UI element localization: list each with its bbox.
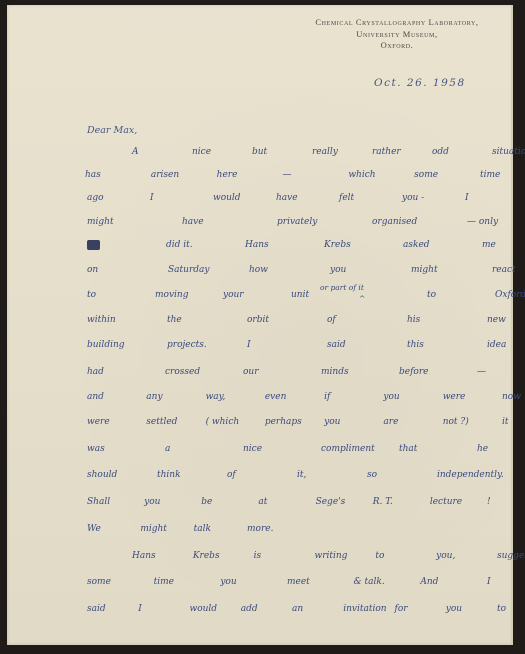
handwritten-word: to <box>375 551 384 561</box>
handwritten-word: said <box>87 604 106 614</box>
handwritten-word: We <box>87 524 101 534</box>
handwritten-word: privately <box>277 217 317 227</box>
handwritten-word: his <box>407 315 420 325</box>
letter-page: Chemical Crystallography Laboratory, Uni… <box>7 5 513 645</box>
handwritten-word: I <box>465 193 469 203</box>
handwritten-word: before <box>399 367 428 377</box>
handwritten-word: & talk. <box>354 577 385 587</box>
handwritten-word: Saturday <box>168 265 209 275</box>
handwritten-word: moving <box>155 290 188 300</box>
handwritten-word: Krebs <box>324 240 351 250</box>
handwritten-word: to <box>427 290 436 300</box>
handwritten-word: you <box>330 265 346 275</box>
handwritten-word: compliment <box>321 444 375 454</box>
handwritten-word: me <box>482 240 496 250</box>
handwritten-word: Hans <box>245 240 269 250</box>
handwritten-word: to <box>87 290 96 300</box>
handwritten-word: were <box>443 392 466 402</box>
handwritten-word: said <box>327 340 346 350</box>
handwritten-word: you <box>324 417 340 427</box>
handwritten-word: settled <box>146 417 177 427</box>
handwritten-word: think <box>157 470 181 480</box>
handwritten-word: nice <box>243 444 262 454</box>
handwritten-word: arisen <box>151 170 179 180</box>
handwritten-word: orbit <box>247 315 269 325</box>
handwritten-word: of <box>227 470 236 480</box>
handwritten-line: saidIwouldaddaninvitationforyouto <box>7 604 513 620</box>
handwritten-word: nice <box>192 147 211 157</box>
handwritten-word: add <box>241 604 258 614</box>
handwritten-word: Sege's <box>316 497 346 507</box>
handwritten-word: an <box>292 604 303 614</box>
handwritten-word: suggesting <box>497 551 525 561</box>
handwritten-word: should <box>87 470 117 480</box>
handwritten-word: rather <box>372 147 401 157</box>
handwritten-line: onSaturdayhowyoumightreact <box>7 265 513 281</box>
letterhead-line-3: Oxford. <box>277 40 517 52</box>
handwritten-word: I <box>150 193 154 203</box>
handwritten-word: how <box>249 265 268 275</box>
handwritten-line: agoIwouldhavefeltyou -I <box>7 193 513 209</box>
handwritten-word: And <box>420 577 438 587</box>
handwritten-line: HansKrebsiswritingtoyou,suggesting <box>7 551 513 567</box>
handwritten-word: our <box>243 367 259 377</box>
handwritten-word: I <box>487 577 491 587</box>
handwritten-word: you, <box>436 551 455 561</box>
handwritten-word: not ?) <box>443 417 469 427</box>
handwritten-line: tomovingyourunit^toOxford <box>7 290 513 306</box>
handwritten-word: your <box>223 290 244 300</box>
handwritten-word: here <box>217 170 238 180</box>
handwritten-word: has <box>85 170 101 180</box>
handwritten-word: even <box>265 392 287 402</box>
handwritten-word: the <box>167 315 182 325</box>
handwritten-word: within <box>87 315 116 325</box>
handwritten-line: Anicebutreallyratheroddsituation <box>7 147 513 163</box>
letterhead-line-2: University Museum, <box>277 29 517 41</box>
handwritten-word: have <box>276 193 298 203</box>
handwritten-line: wasanicecomplimentthathe <box>7 444 513 460</box>
handwritten-line: hasarisenhere—whichsometime <box>7 170 513 186</box>
handwritten-word: might <box>411 265 438 275</box>
handwritten-word: any <box>146 392 162 402</box>
handwritten-word: organised <box>372 217 417 227</box>
handwritten-word: crossed <box>165 367 200 377</box>
handwritten-word: might <box>87 217 114 227</box>
handwritten-word: odd <box>432 147 449 157</box>
handwritten-word: Oxford <box>495 290 525 300</box>
salutation: Dear Max, <box>87 125 137 136</box>
handwritten-word: that <box>399 444 417 454</box>
handwritten-word: to <box>497 604 506 614</box>
handwritten-word: time <box>154 577 174 587</box>
handwritten-word: ^ <box>359 294 365 303</box>
handwritten-word: new <box>487 315 506 325</box>
handwritten-word: A <box>132 147 139 157</box>
handwritten-word: had <box>87 367 104 377</box>
handwritten-line: hadcrossedourmindsbefore— <box>7 367 513 383</box>
handwritten-word: some <box>87 577 111 587</box>
handwritten-word: and <box>87 392 104 402</box>
handwritten-line: wedid it.HansKrebsaskedme <box>7 240 513 256</box>
struck-out-word: we <box>87 240 100 250</box>
handwritten-line: buildingprojects.Isaidthisidea <box>7 340 513 356</box>
handwritten-word: building <box>87 340 125 350</box>
handwritten-word: talk <box>194 524 211 534</box>
handwritten-word: this <box>407 340 424 350</box>
handwritten-word: if <box>324 392 330 402</box>
handwritten-word: now <box>502 392 521 402</box>
letter-date: Oct. 26. 1958 <box>374 77 466 89</box>
handwritten-line: sometimeyoumeet& talk.AndI <box>7 577 513 593</box>
handwritten-word: be <box>201 497 212 507</box>
handwritten-word: — <box>283 170 292 180</box>
handwritten-word: it <box>502 417 509 427</box>
handwritten-word: you <box>220 577 236 587</box>
handwritten-word: — only <box>467 217 498 227</box>
handwritten-word: were <box>87 417 110 427</box>
handwritten-word: you - <box>402 193 424 203</box>
handwritten-line: ShallyoubeatSege'sR. T.lecture! <box>7 497 513 513</box>
handwritten-word: I <box>247 340 251 350</box>
handwritten-word: so <box>367 470 377 480</box>
handwritten-word: might <box>140 524 167 534</box>
handwritten-word: independently. <box>437 470 504 480</box>
handwritten-word: some <box>414 170 438 180</box>
handwritten-line: Wemighttalkmore. <box>7 524 513 540</box>
handwritten-word: minds <box>321 367 349 377</box>
handwritten-word: invitation <box>343 604 386 614</box>
handwritten-word: he <box>477 444 488 454</box>
handwritten-word: have <box>182 217 204 227</box>
handwritten-word: would <box>213 193 241 203</box>
handwritten-word: on <box>87 265 98 275</box>
handwritten-word: for <box>395 604 408 614</box>
handwritten-word: way, <box>206 392 226 402</box>
handwritten-word: meet <box>287 577 310 587</box>
handwritten-word: Shall <box>87 497 110 507</box>
handwritten-word: ! <box>487 497 491 507</box>
handwritten-word: more. <box>247 524 273 534</box>
handwritten-word: idea <box>487 340 506 350</box>
handwritten-word: you <box>383 392 399 402</box>
handwritten-word: of <box>327 315 336 325</box>
letterhead-line-1: Chemical Crystallography Laboratory, <box>277 17 517 29</box>
handwritten-word: time <box>480 170 500 180</box>
handwritten-line: weresettled( whichperhapsyouarenot ?)it <box>7 417 513 433</box>
handwritten-word: ago <box>87 193 104 203</box>
handwritten-word: Hans <box>132 551 156 561</box>
handwritten-word: situation <box>492 147 525 157</box>
handwritten-word: writing <box>315 551 348 561</box>
handwritten-line: mighthaveprivatelyorganised— only <box>7 217 513 233</box>
scan-background: Chemical Crystallography Laboratory, Uni… <box>0 0 525 654</box>
handwritten-line: withintheorbitofhisnew <box>7 315 513 331</box>
handwritten-word: Krebs <box>193 551 220 561</box>
handwritten-word: unit <box>291 290 309 300</box>
handwritten-word: felt <box>339 193 354 203</box>
handwritten-word: it, <box>297 470 306 480</box>
letterhead: Chemical Crystallography Laboratory, Uni… <box>277 17 517 52</box>
handwritten-word: you <box>446 604 462 614</box>
handwritten-word: was <box>87 444 105 454</box>
handwritten-word: is <box>254 551 262 561</box>
handwritten-word: R. T. <box>373 497 393 507</box>
handwritten-word: asked <box>403 240 430 250</box>
handwritten-word: react <box>492 265 516 275</box>
handwritten-word: did it. <box>166 240 193 250</box>
handwritten-word: are <box>383 417 398 427</box>
handwritten-line: shouldthinkofit,soindependently. <box>7 470 513 486</box>
handwritten-word: really <box>312 147 338 157</box>
handwritten-word: perhaps <box>265 417 302 427</box>
handwritten-word: projects. <box>167 340 207 350</box>
handwritten-word: — <box>477 367 486 377</box>
handwritten-word: ( which <box>206 417 240 427</box>
handwritten-word: would <box>190 604 218 614</box>
handwritten-word: a <box>165 444 170 454</box>
handwritten-word: but <box>252 147 267 157</box>
handwritten-word: I <box>138 604 142 614</box>
handwritten-line: andanyway,evenifyouwerenow <box>7 392 513 408</box>
handwritten-word: you <box>144 497 160 507</box>
handwritten-word: which <box>348 170 375 180</box>
interlinear-insertion: or part of it <box>320 283 364 292</box>
handwritten-word: lecture <box>430 497 462 507</box>
handwritten-word: at <box>258 497 267 507</box>
